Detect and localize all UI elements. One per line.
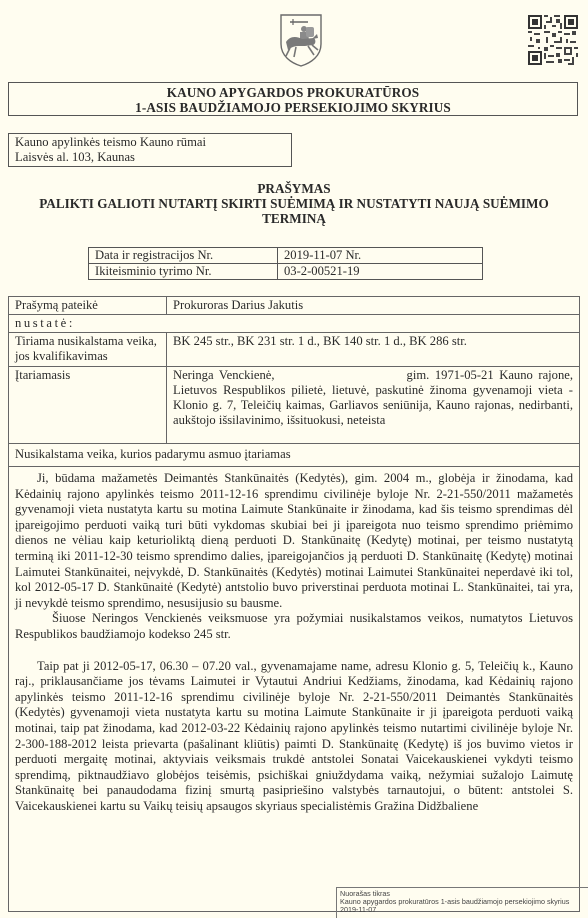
office-name: KAUNO APYGARDOS PROKURATŪROS — [9, 85, 577, 100]
table-row: Ikiteisminio tyrimo Nr. 03-2-00521-19 — [89, 264, 483, 280]
recipient-court: Kauno apylinkės teismo Kauno rūmai — [15, 135, 291, 150]
recipient-address: Laisvės al. 103, Kaunas — [15, 150, 291, 165]
certification-office: Kauno apygardos prokuratūros 1-asis baud… — [340, 898, 588, 906]
table-row: nustatė: — [9, 315, 580, 333]
registration-date-label: Data ir registracijos Nr. — [89, 248, 278, 264]
details-table: Prašymą pateikė Prokuroras Darius Jakuti… — [8, 296, 580, 912]
coat-of-arms-icon — [278, 12, 324, 68]
certification-date: 2019-11-07 — [340, 906, 588, 914]
submitted-by-value: Prokuroras Darius Jakutis — [167, 297, 580, 315]
document-type: PRAŠYMAS — [0, 181, 588, 196]
submitted-by-label: Prašymą pateikė — [9, 297, 167, 315]
table-row: Data ir registracijos Nr. 2019-11-07 Nr. — [89, 248, 483, 264]
table-row: Tiriama nusikalstama veika, jos kvalifik… — [9, 333, 580, 367]
recipient-box: Kauno apylinkės teismo Kauno rūmai Laisv… — [8, 133, 292, 167]
registration-table: Data ir registracijos Nr. 2019-11-07 Nr.… — [88, 247, 483, 280]
document-title: PRAŠYMAS PALIKTI GALIOTI NUTARTĮ SKIRTI … — [0, 181, 588, 226]
qr-code-icon — [528, 15, 578, 65]
act-heading: Nusikalstama veika, kurios padarymu asmu… — [9, 444, 580, 467]
document-subject: PALIKTI GALIOTI NUTARTĮ SKIRTI SUĖMIMĄ I… — [0, 196, 588, 226]
suspect-details: Neringa Venckienė,gim. 1971-05-21 Kauno … — [167, 367, 580, 444]
suspect-label: Įtariamasis — [9, 367, 167, 444]
paragraph-2: Šiuose Neringos Venckienės veiksmuose yr… — [15, 611, 573, 642]
office-header: KAUNO APYGARDOS PROKURATŪROS 1-ASIS BAUD… — [8, 82, 578, 116]
registration-date-value: 2019-11-07 Nr. — [278, 248, 483, 264]
suspect-name: Neringa Venckienė, — [173, 368, 275, 382]
offense-label: Tiriama nusikalstama veika, jos kvalifik… — [9, 333, 167, 367]
certification-stamp: Nuorašas tikras Kauno apygardos prokurat… — [336, 887, 588, 918]
investigation-number-label: Ikiteisminio tyrimo Nr. — [89, 264, 278, 280]
established-label: nustatė: — [9, 315, 580, 333]
offense-value: BK 245 str., BK 231 str. 1 d., BK 140 st… — [167, 333, 580, 367]
paragraph-1: Ji, būdama mažametės Deimantės Stankūnai… — [15, 471, 573, 611]
investigation-number-value: 03-2-00521-19 — [278, 264, 483, 280]
table-row: Ji, būdama mažametės Deimantės Stankūnai… — [9, 467, 580, 912]
paragraph-3: Taip pat ji 2012-05-17, 06.30 – 07.20 va… — [15, 659, 573, 815]
department-name: 1-ASIS BAUDŽIAMOJO PERSEKIOJIMO SKYRIUS — [9, 100, 577, 115]
table-row: Nusikalstama veika, kurios padarymu asmu… — [9, 444, 580, 467]
table-row: Įtariamasis Neringa Venckienė,gim. 1971-… — [9, 367, 580, 444]
table-row: Prašymą pateikė Prokuroras Darius Jakuti… — [9, 297, 580, 315]
act-description: Ji, būdama mažametės Deimantės Stankūnai… — [9, 467, 580, 912]
